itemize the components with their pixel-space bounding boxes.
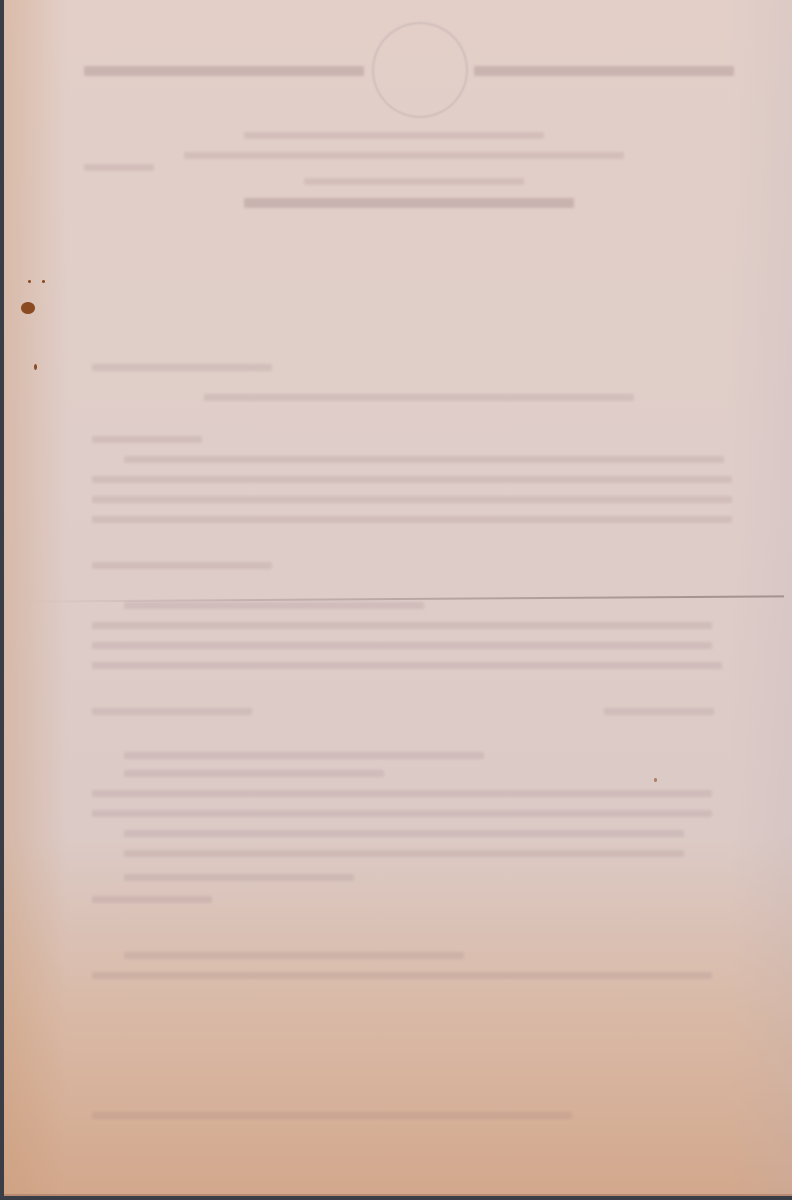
bleed-through-line: [124, 602, 424, 609]
bleed-through-line: [304, 178, 524, 185]
bleed-through-line: [124, 874, 354, 881]
bleed-through-line: [124, 952, 464, 959]
bleed-through-line: [92, 562, 272, 569]
bleed-through-line: [92, 896, 212, 903]
stain: [34, 364, 37, 370]
bleed-through-line: [124, 770, 384, 777]
stain: [21, 302, 35, 314]
bleed-through-line: [92, 436, 202, 443]
bleed-through-line: [244, 132, 544, 139]
stain: [654, 778, 657, 782]
bleed-through-line: [92, 364, 272, 371]
bleed-through-line: [204, 394, 634, 401]
stain: [42, 280, 45, 283]
bleed-through-line: [92, 622, 712, 629]
bleed-through-line: [124, 830, 684, 837]
bleed-through-line: [92, 810, 712, 817]
bleed-through-line: [604, 708, 714, 715]
bleed-through-line: [244, 198, 574, 208]
bleed-through-line: [92, 708, 252, 715]
bleed-through-line: [92, 476, 732, 483]
bleed-through-line: [124, 752, 484, 759]
bleed-through-line: [92, 972, 712, 979]
bleed-through-line: [92, 790, 712, 797]
bleed-through-line: [124, 456, 724, 463]
bleed-through-line: [92, 1112, 572, 1119]
bleed-through-line: [92, 642, 712, 649]
bleed-through-line: [124, 850, 684, 857]
stain: [28, 280, 31, 283]
bleed-through-line: [474, 66, 734, 76]
paper-page: Blank side of an aged sheet; typed text …: [4, 0, 792, 1196]
bleed-through-line: [92, 662, 722, 669]
bleed-through-line: [92, 516, 732, 523]
bleed-through-line: [84, 66, 364, 76]
emblem-bleed-through: [372, 22, 468, 118]
bleed-through-line: [92, 496, 732, 503]
bleed-through-line: [84, 164, 154, 171]
bleed-through-line: [184, 152, 624, 159]
